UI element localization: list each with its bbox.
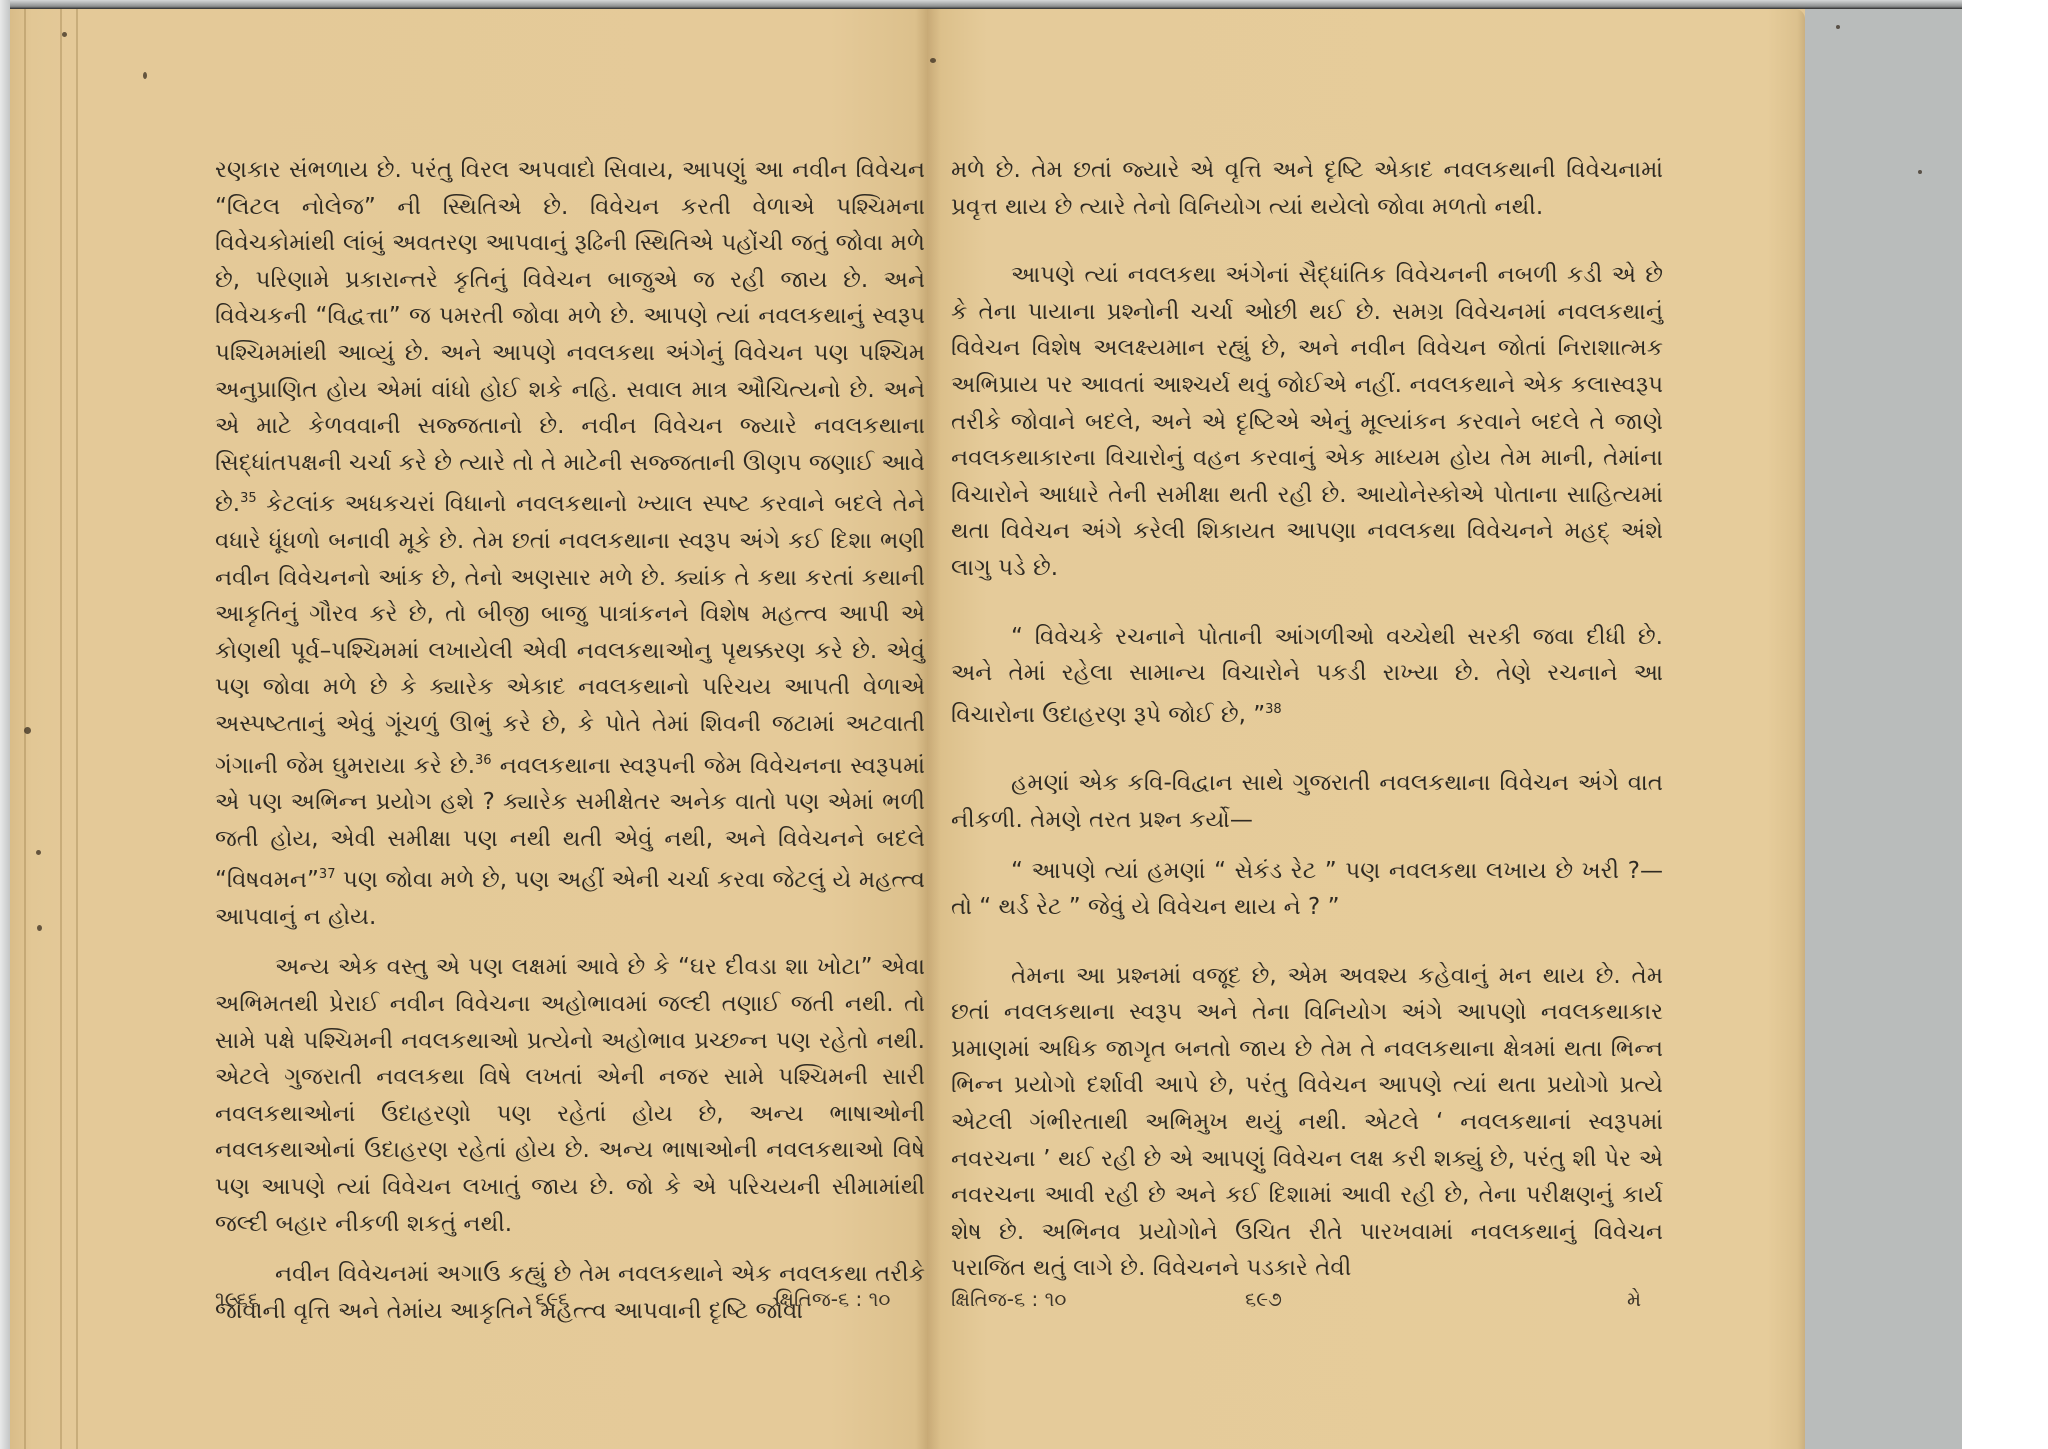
scan-top-edge	[0, 0, 1962, 9]
book-spread: રણકાર સંભળાય છે. પરંતુ વિરલ અપવાદો સિવાય…	[10, 9, 1805, 1449]
block-quote: “ વિવેચકે રચનાને પોતાની આંગળીઓ વચ્ચેથી સ…	[951, 619, 1663, 734]
footnote-ref: 38	[1265, 702, 1282, 717]
journal-issue: ક્ષિતિજ-૬ : ૧૦	[951, 1287, 1066, 1311]
page-number: ૬૯૬	[535, 1287, 569, 1311]
scan-left-edge	[0, 0, 10, 1449]
footnote-ref: 36	[475, 753, 492, 768]
left-page: રણકાર સંભળાય છે. પરંતુ વિરલ અપવાદો સિવાય…	[10, 9, 927, 1449]
block-quote: “ આપણે ત્યાં હમણાં “ સેકંડ રેટ ” પણ નવલક…	[951, 853, 1663, 926]
right-page: મળે છે. તેમ છતાં જ્યારે એ વૃત્તિ અને દૃષ…	[927, 9, 1805, 1449]
page-number: ૬૯૭	[1245, 1287, 1282, 1311]
paragraph: તેમના આ પ્રશ્નમાં વજૂદ છે, એમ અવશ્ય કહેવ…	[951, 958, 1663, 1287]
paragraph: આપણે ત્યાં નવલકથા અંગેનાં સૈદ્ધાંતિક વિવ…	[951, 257, 1663, 586]
paragraph: હમણાં એક કવિ-વિદ્વાન સાથે ગુજરાતી નવલકથા…	[951, 765, 1663, 838]
signature-mark: મે	[1627, 1287, 1641, 1311]
paragraph: અન્ય એક વસ્તુ એ પણ લક્ષમાં આવે છે કે “ઘર…	[215, 949, 925, 1242]
scan-speck	[930, 58, 936, 63]
scan-speck	[143, 72, 147, 79]
footnote-ref: 37	[319, 867, 336, 882]
scan-speck	[24, 727, 31, 734]
scan-speck	[1918, 170, 1922, 174]
page-footer-year: ૧૯૬૬	[215, 1287, 259, 1311]
journal-issue: ક્ષિતિજ-૬ : ૧૦	[775, 1287, 890, 1311]
scan-speck	[62, 32, 67, 37]
paragraph: મળે છે. તેમ છતાં જ્યારે એ વૃત્તિ અને દૃષ…	[951, 152, 1663, 225]
scan-speck	[1836, 25, 1840, 29]
scan-speck	[36, 850, 41, 855]
page-stack-edge	[60, 9, 62, 1449]
paragraph: રણકાર સંભળાય છે. પરંતુ વિરલ અપવાદો સિવાય…	[215, 152, 925, 935]
footnote-ref: 35	[240, 491, 257, 506]
right-page-body: મળે છે. તેમ છતાં જ્યારે એ વૃત્તિ અને દૃષ…	[951, 152, 1663, 1287]
left-page-body: રણકાર સંભળાય છે. પરંતુ વિરલ અપવાદો સિવાય…	[215, 152, 925, 1329]
page-stack-edge	[76, 9, 78, 1449]
scan-speck	[37, 925, 42, 931]
